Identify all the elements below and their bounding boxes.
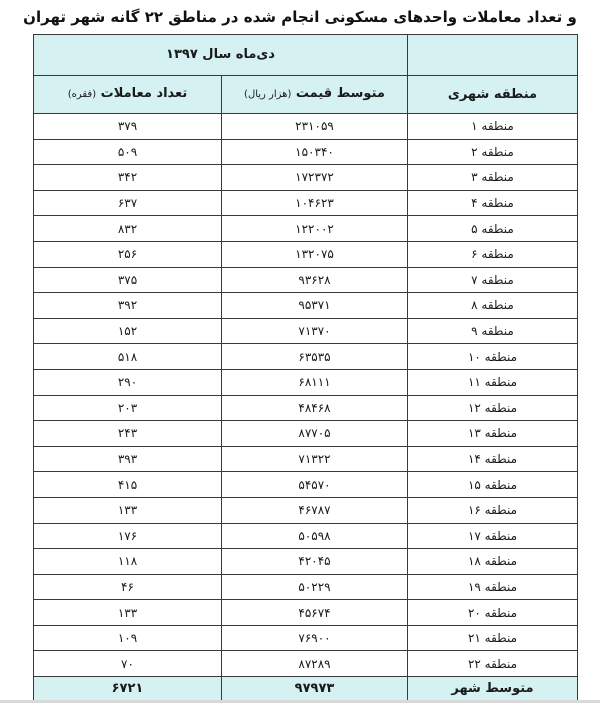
price-cell: ۹۵۳۷۱ (222, 293, 408, 319)
region-cell: منطقه ۱ (408, 114, 578, 140)
region-cell: منطقه ۱۴ (408, 446, 578, 472)
region-cell: منطقه ۲ (408, 139, 578, 165)
count-label: تعداد معاملات (101, 86, 188, 101)
period-header: دی‌ماه سال ۱۳۹۷ (34, 35, 408, 76)
table-row: منطقه ۲۲۸۷۲۸۹۷۰ (34, 651, 578, 677)
region-cell: منطقه ۱۰ (408, 344, 578, 370)
price-cell: ۸۷۷۰۵ (222, 421, 408, 447)
count-cell: ۲۴۳ (34, 421, 222, 447)
price-cell: ۴۶۷۸۷ (222, 497, 408, 523)
price-cell: ۷۶۹۰۰ (222, 625, 408, 651)
price-cell: ۵۰۲۲۹ (222, 574, 408, 600)
count-cell: ۶۳۷ (34, 190, 222, 216)
table-row: منطقه ۱۹۵۰۲۲۹۴۶ (34, 574, 578, 600)
price-cell: ۱۷۲۳۷۲ (222, 165, 408, 191)
region-cell: منطقه ۱۶ (408, 497, 578, 523)
count-cell: ۱۰۹ (34, 625, 222, 651)
column-header-region: منطقه شهری (408, 76, 578, 114)
header-row-period: دی‌ماه سال ۱۳۹۷ (34, 35, 578, 76)
price-cell: ۵۴۵۷۰ (222, 472, 408, 498)
document-title: و تعداد معاملات واحدهای مسکونی انجام شده… (0, 8, 600, 26)
region-cell: منطقه ۹ (408, 318, 578, 344)
price-cell: ۴۲۰۴۵ (222, 549, 408, 575)
count-cell: ۳۹۳ (34, 446, 222, 472)
price-cell: ۴۸۴۶۸ (222, 395, 408, 421)
price-cell: ۱۵۰۳۴۰ (222, 139, 408, 165)
table-row: منطقه ۱۳۸۷۷۰۵۲۴۳ (34, 421, 578, 447)
region-cell: منطقه ۱۱ (408, 369, 578, 395)
count-cell: ۴۶ (34, 574, 222, 600)
count-cell: ۲۹۰ (34, 369, 222, 395)
transactions-table: دی‌ماه سال ۱۳۹۷ منطقه شهری متوسط قیمت (ه… (33, 34, 578, 703)
region-cell: منطقه ۱۹ (408, 574, 578, 600)
price-cell: ۷۱۳۷۰ (222, 318, 408, 344)
header-empty-cell (408, 35, 578, 76)
price-cell: ۸۷۲۸۹ (222, 651, 408, 677)
table-row: منطقه ۱۷۵۰۵۹۸۱۷۶ (34, 523, 578, 549)
column-header-price: متوسط قیمت (هزار ریال) (222, 76, 408, 114)
count-cell: ۱۱۸ (34, 549, 222, 575)
table-row: منطقه ۱۲۳۱۰۵۹۳۷۹ (34, 114, 578, 140)
table-row: منطقه ۶۱۳۲۰۷۵۲۵۶ (34, 241, 578, 267)
table-row: منطقه ۲۱۵۰۳۴۰۵۰۹ (34, 139, 578, 165)
count-cell: ۵۰۹ (34, 139, 222, 165)
table-row: منطقه ۹۷۱۳۷۰۱۵۲ (34, 318, 578, 344)
region-cell: منطقه ۱۸ (408, 549, 578, 575)
table-row: منطقه ۱۱۶۸۱۱۱۲۹۰ (34, 369, 578, 395)
table-row: منطقه ۳۱۷۲۳۷۲۳۴۲ (34, 165, 578, 191)
column-header-count: تعداد معاملات (فقره) (34, 76, 222, 114)
region-cell: منطقه ۵ (408, 216, 578, 242)
price-cell: ۱۰۴۶۲۳ (222, 190, 408, 216)
price-label: متوسط قیمت (296, 86, 385, 101)
table-row: منطقه ۲۱۷۶۹۰۰۱۰۹ (34, 625, 578, 651)
total-row: متوسط شهر۹۷۹۷۳۶۷۲۱ (34, 677, 578, 703)
total-count-cell: ۶۷۲۱ (34, 677, 222, 703)
price-cell: ۵۰۵۹۸ (222, 523, 408, 549)
price-cell: ۲۳۱۰۵۹ (222, 114, 408, 140)
region-cell: منطقه ۲۲ (408, 651, 578, 677)
price-cell: ۷۱۳۲۲ (222, 446, 408, 472)
table-row: منطقه ۱۰۶۳۵۳۵۵۱۸ (34, 344, 578, 370)
count-cell: ۲۵۶ (34, 241, 222, 267)
table-row: منطقه ۲۰۴۵۶۷۴۱۳۳ (34, 600, 578, 626)
region-cell: منطقه ۸ (408, 293, 578, 319)
table-row: منطقه ۷۹۳۶۲۸۳۷۵ (34, 267, 578, 293)
table-row: منطقه ۱۶۴۶۷۸۷۱۳۳ (34, 497, 578, 523)
table-row: منطقه ۱۴۷۱۳۲۲۳۹۳ (34, 446, 578, 472)
price-unit: (هزار ریال) (244, 89, 291, 100)
count-cell: ۳۹۲ (34, 293, 222, 319)
count-cell: ۵۱۸ (34, 344, 222, 370)
region-cell: منطقه ۱۳ (408, 421, 578, 447)
count-cell: ۱۳۳ (34, 497, 222, 523)
count-cell: ۱۵۲ (34, 318, 222, 344)
table-row: منطقه ۱۵۵۴۵۷۰۴۱۵ (34, 472, 578, 498)
count-cell: ۲۰۳ (34, 395, 222, 421)
table-row: منطقه ۴۱۰۴۶۲۳۶۳۷ (34, 190, 578, 216)
region-cell: منطقه ۲۰ (408, 600, 578, 626)
price-cell: ۶۸۱۱۱ (222, 369, 408, 395)
region-cell: منطقه ۲۱ (408, 625, 578, 651)
count-cell: ۳۴۲ (34, 165, 222, 191)
table-row: منطقه ۱۲۴۸۴۶۸۲۰۳ (34, 395, 578, 421)
count-cell: ۸۳۲ (34, 216, 222, 242)
region-cell: منطقه ۴ (408, 190, 578, 216)
region-cell: منطقه ۱۷ (408, 523, 578, 549)
page-bottom-edge (0, 700, 600, 703)
price-cell: ۱۳۲۰۷۵ (222, 241, 408, 267)
price-cell: ۶۳۵۳۵ (222, 344, 408, 370)
region-cell: منطقه ۳ (408, 165, 578, 191)
price-cell: ۴۵۶۷۴ (222, 600, 408, 626)
count-cell: ۳۷۵ (34, 267, 222, 293)
count-cell: ۱۷۶ (34, 523, 222, 549)
price-cell: ۱۲۲۰۰۲ (222, 216, 408, 242)
count-unit: (فقره) (68, 89, 96, 100)
count-cell: ۷۰ (34, 651, 222, 677)
count-cell: ۱۳۳ (34, 600, 222, 626)
region-cell: منطقه ۱۵ (408, 472, 578, 498)
total-price-cell: ۹۷۹۷۳ (222, 677, 408, 703)
region-cell: منطقه ۷ (408, 267, 578, 293)
table-row: منطقه ۸۹۵۳۷۱۳۹۲ (34, 293, 578, 319)
total-label-cell: متوسط شهر (408, 677, 578, 703)
price-cell: ۹۳۶۲۸ (222, 267, 408, 293)
table-row: منطقه ۵۱۲۲۰۰۲۸۳۲ (34, 216, 578, 242)
header-row-columns: منطقه شهری متوسط قیمت (هزار ریال) تعداد … (34, 76, 578, 114)
count-cell: ۴۱۵ (34, 472, 222, 498)
region-cell: منطقه ۶ (408, 241, 578, 267)
count-cell: ۳۷۹ (34, 114, 222, 140)
table-row: منطقه ۱۸۴۲۰۴۵۱۱۸ (34, 549, 578, 575)
region-cell: منطقه ۱۲ (408, 395, 578, 421)
